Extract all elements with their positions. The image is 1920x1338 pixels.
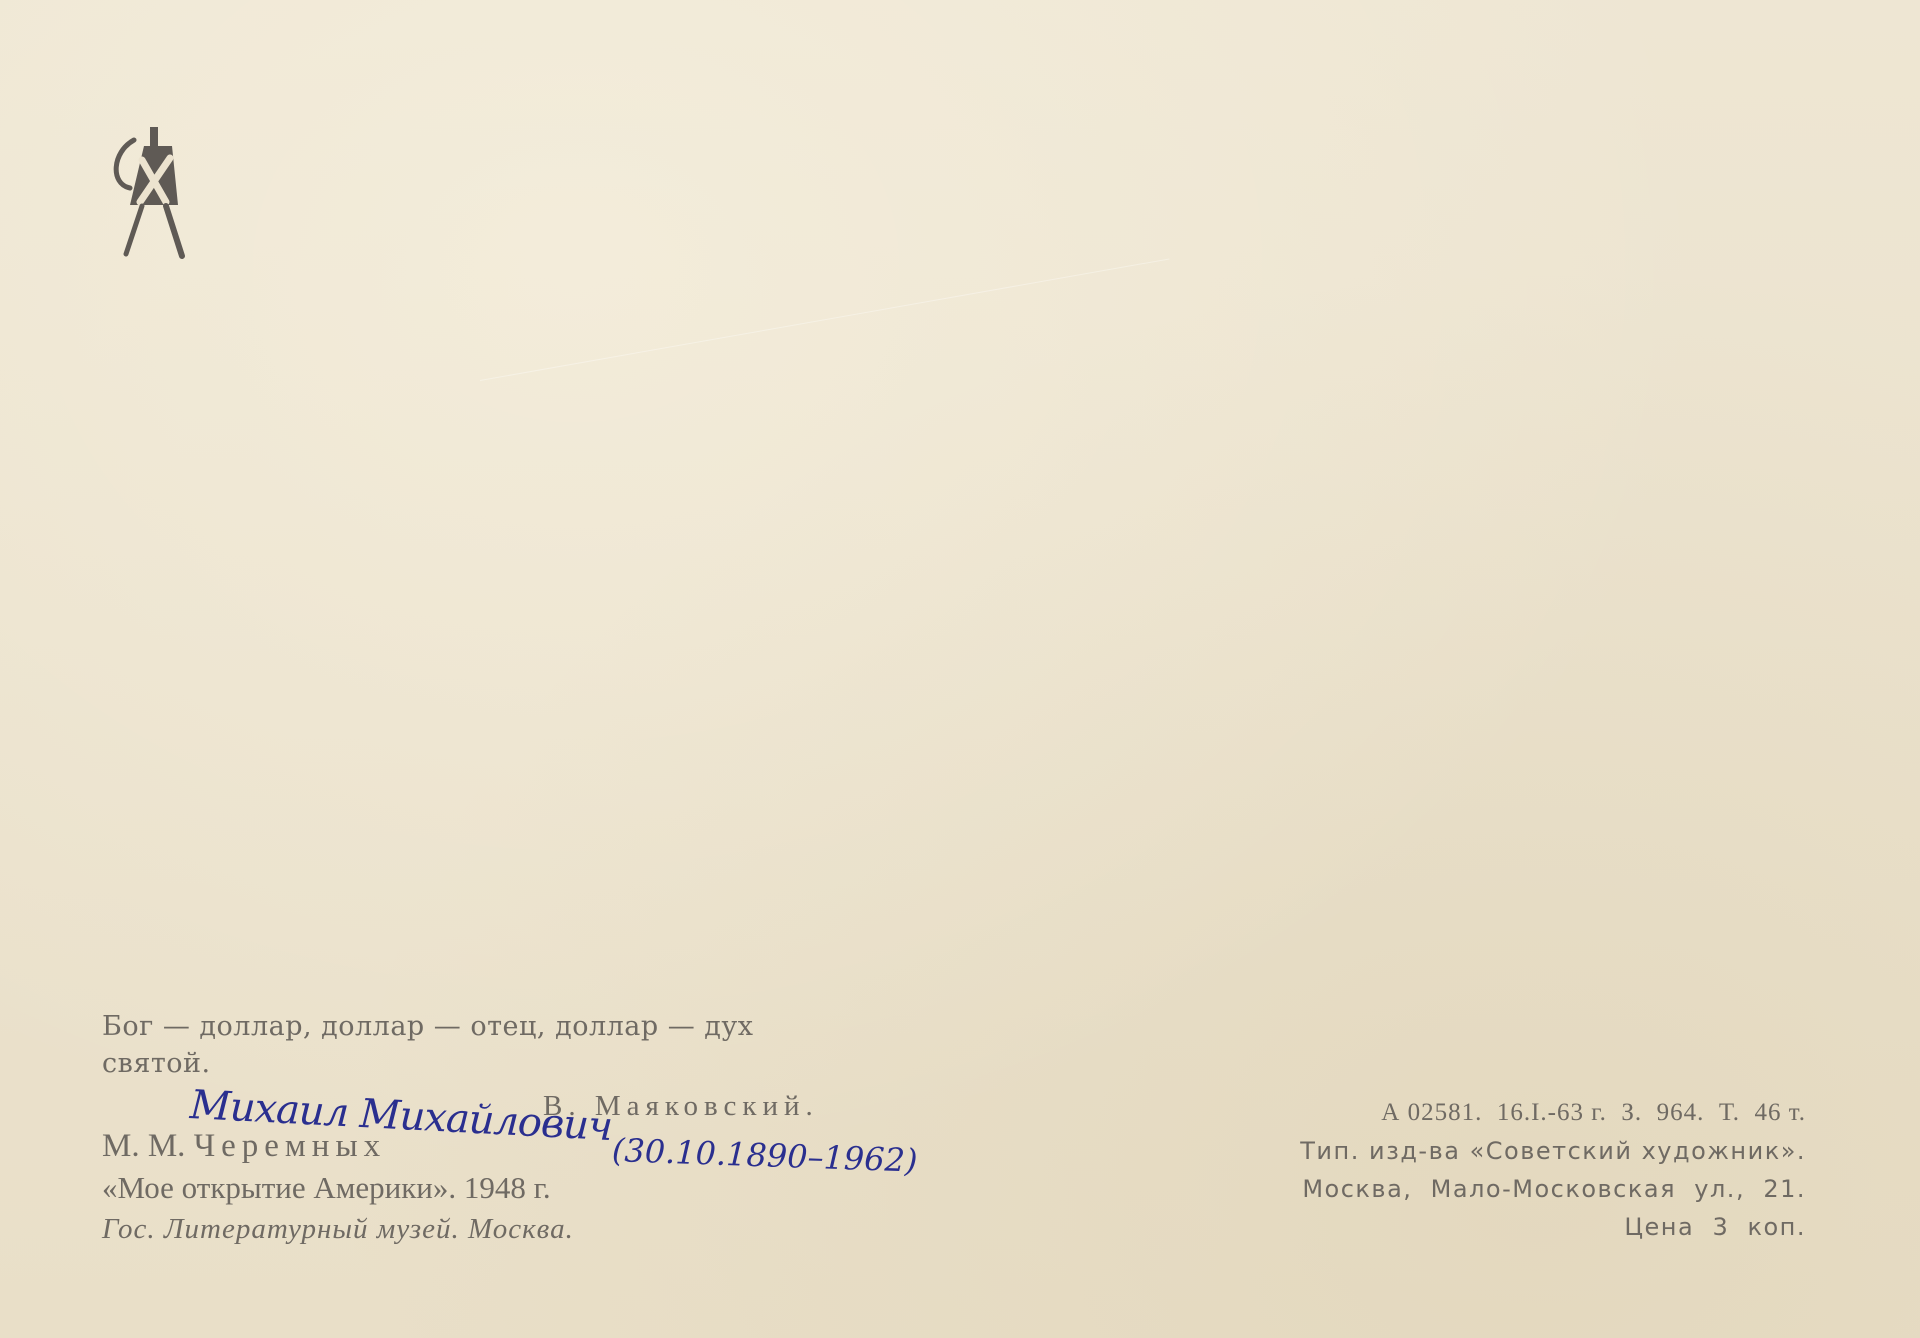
imprint-price-line: Цена 3 коп. (1300, 1208, 1806, 1246)
imprint-address-line: Москва, Мало-Московская ул., 21. (1300, 1170, 1806, 1208)
print-imprint: А 02581. 16.I.-63 г. З. 964. Т. 46 т. Ти… (1300, 1094, 1806, 1246)
publisher-emblem-icon (104, 122, 194, 262)
artist-initials: М. М. (102, 1128, 185, 1164)
quote-line-2: святой. (102, 1048, 211, 1079)
imprint-order-line: А 02581. 16.I.-63 г. З. 964. Т. 46 т. (1300, 1094, 1806, 1132)
quote-line-1: Бог — доллар, доллар — отец, доллар — ду… (102, 1011, 754, 1042)
work-title: «Мое открытие Америки». 1948 г. (102, 1170, 551, 1206)
museum-credit: Гос. Литературный музей. Москва. (102, 1213, 574, 1246)
imprint-printer-line: Тип. изд-ва «Советский художник». (1300, 1132, 1806, 1170)
